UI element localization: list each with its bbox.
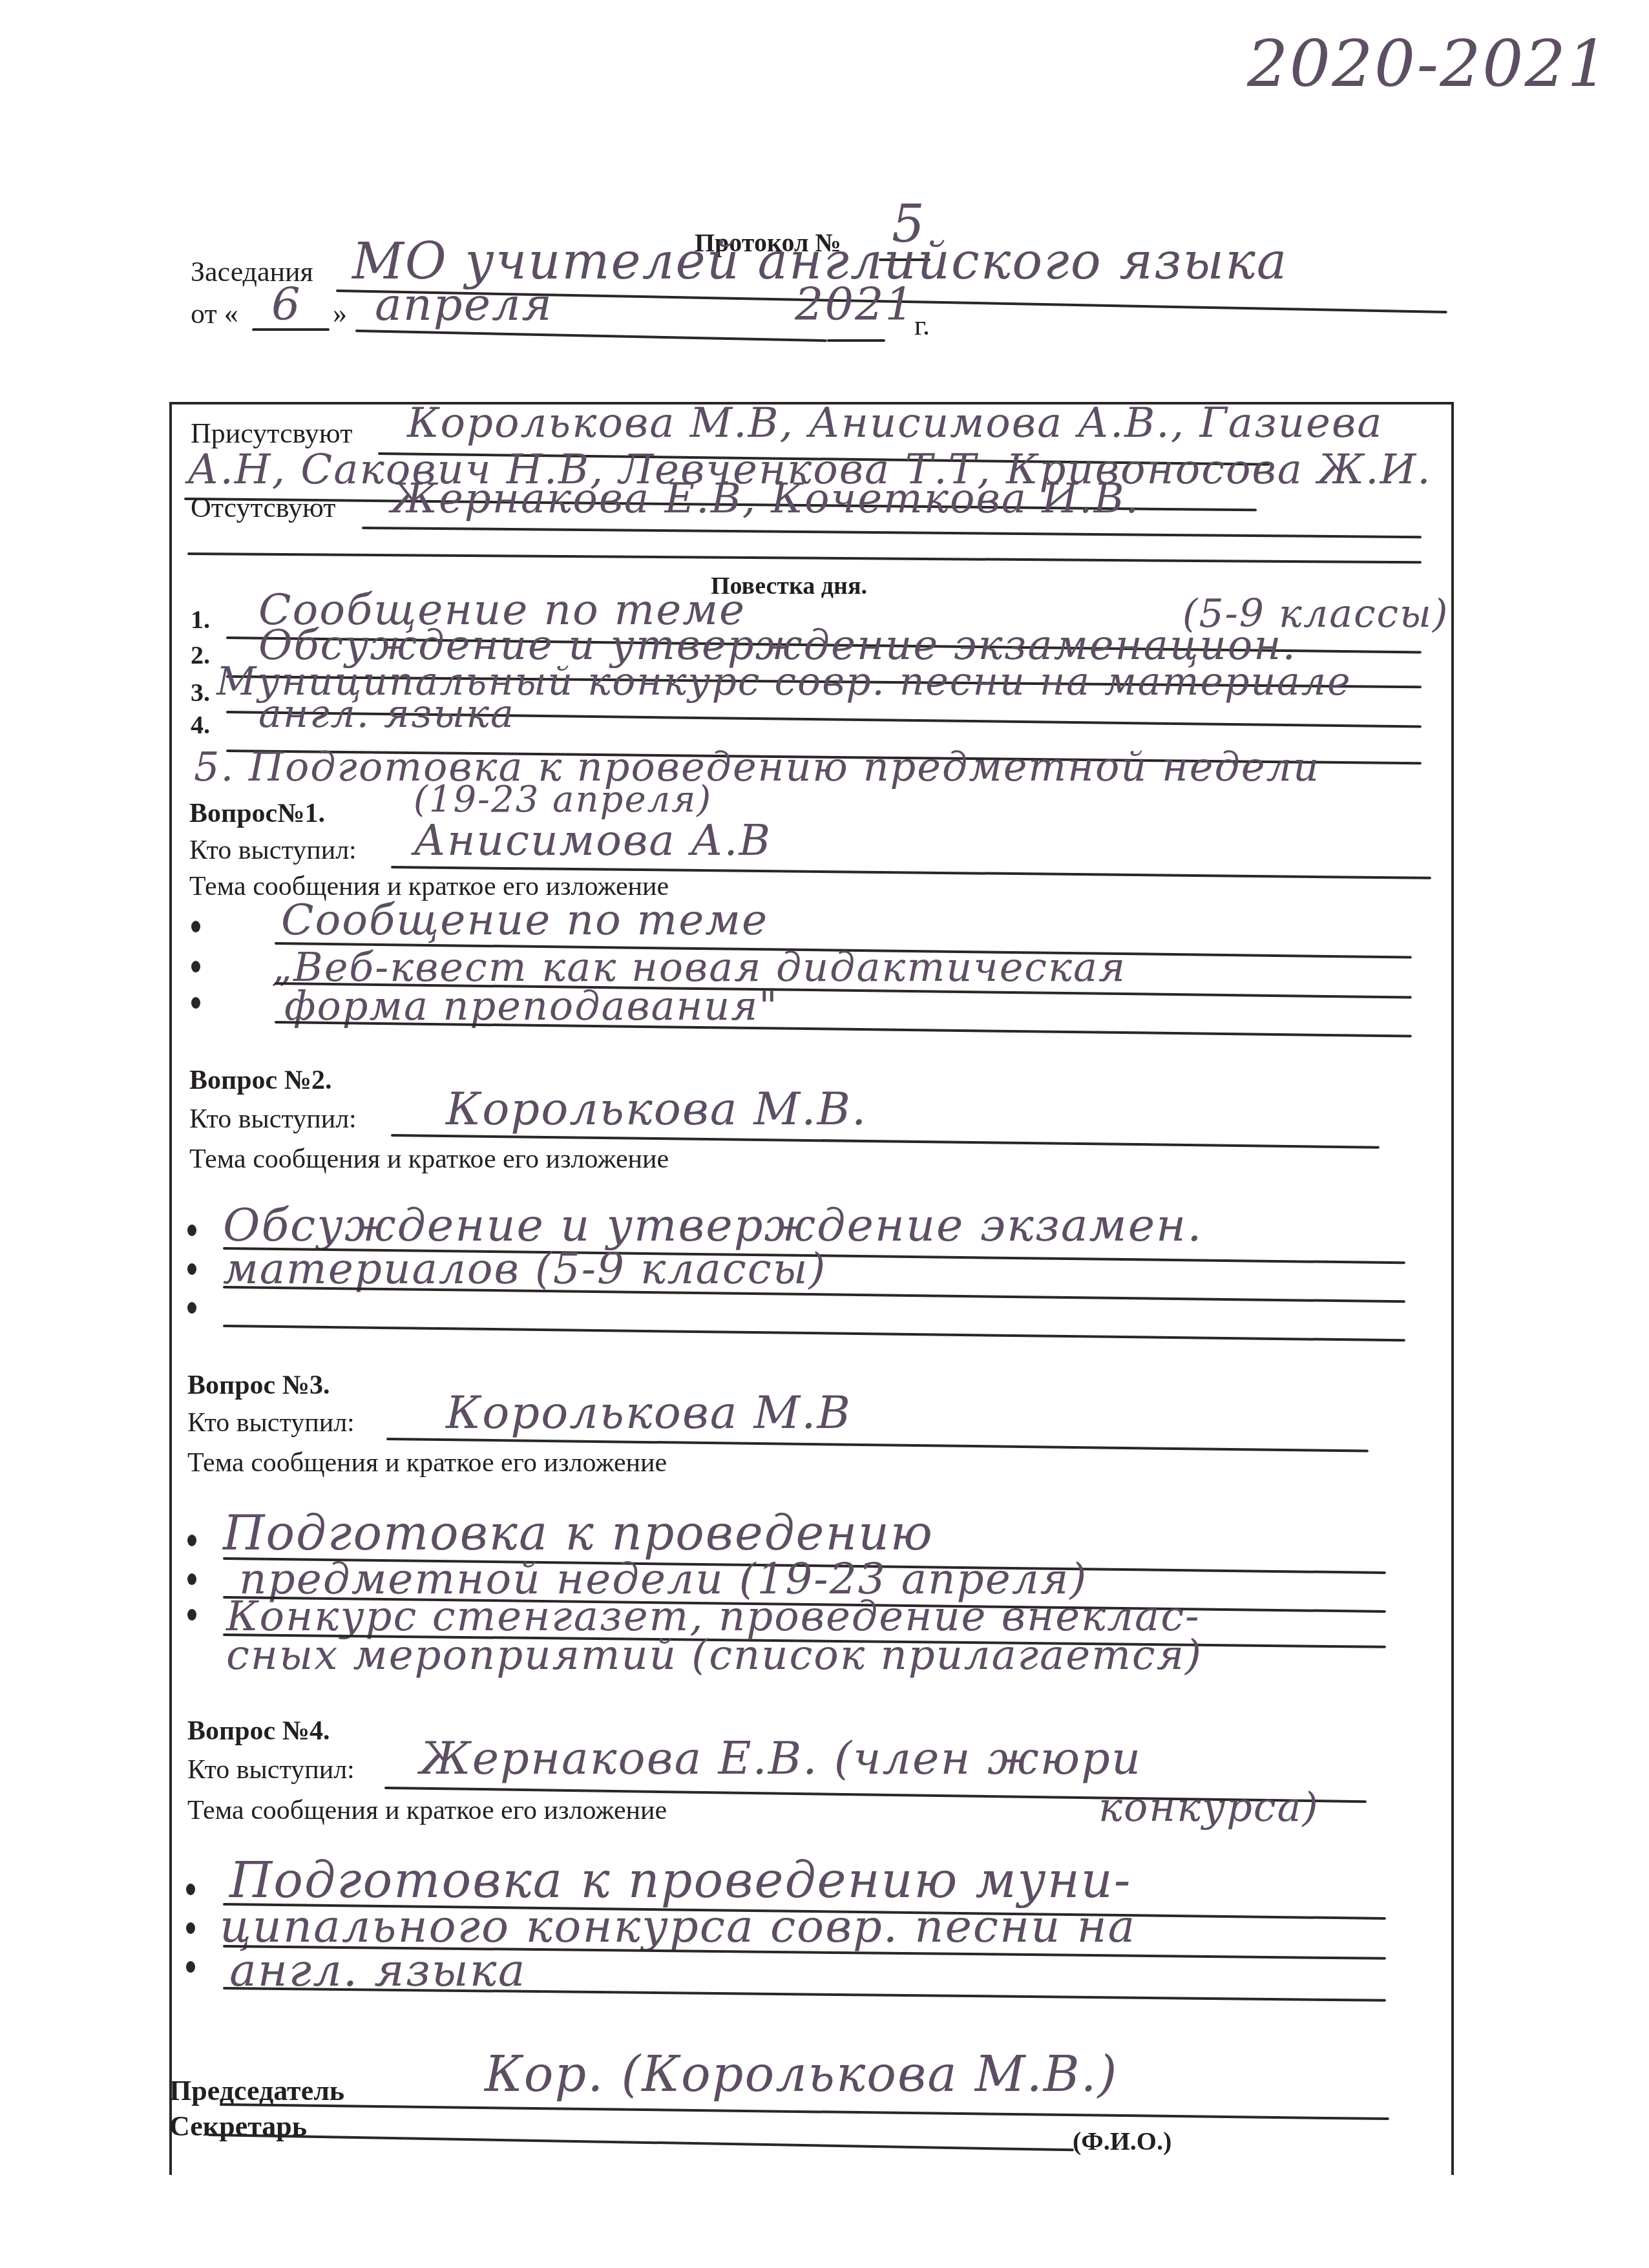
chair-label: Председатель [169, 2074, 344, 2107]
date-suffix: г. [914, 309, 930, 342]
agenda-num-4: 4. [191, 709, 210, 740]
question-2-topic-label: Тема сообщения и краткое его изложение [189, 1144, 669, 1175]
agenda-num-1: 1. [191, 604, 210, 635]
question-3-line-1: Подготовка к проведению [223, 1506, 934, 1561]
school-year-annotation: 2020-2021 [1247, 26, 1610, 101]
question-3-line-4: сных мероприятий (список прилагается) [226, 1632, 1203, 1679]
date-year: 2021 [795, 278, 915, 331]
agenda-num-5: 5. [194, 743, 235, 790]
question-4-title: Вопрос №4. [187, 1716, 330, 1747]
question-1-title: Вопрос№1. [189, 798, 325, 829]
question-3-speaker: Королькова М.В [446, 1386, 852, 1439]
question-2-speaker: Королькова М.В. [446, 1082, 867, 1135]
question-4-topic-label: Тема сообщения и краткое его изложение [187, 1795, 667, 1826]
present-label: Присутсвуют [191, 417, 352, 450]
agenda-item-5-text: Подготовка к проведению предметной недел… [249, 743, 1320, 790]
question-1-line-1: Сообщение по теме [281, 895, 768, 945]
date-prefix: от « [191, 297, 238, 330]
question-3-speaker-label: Кто выступил: [187, 1407, 355, 1438]
date-mid: » [333, 297, 347, 330]
agenda-num-3: 3. [191, 677, 210, 708]
secretary-label: Секретарь [169, 2110, 307, 2143]
question-4-speaker: Жернакова Е.В. (член жюри [420, 1732, 1142, 1785]
question-2-speaker-label: Кто выступил: [189, 1104, 357, 1135]
chair-signature: Кор. (Королькова М.В.) [485, 2045, 1118, 2103]
question-3-title: Вопрос №3. [187, 1370, 330, 1401]
question-2-title: Вопрос №2. [189, 1065, 331, 1096]
absent-value: Жернакова Е.В, Кочеткова И.В. [391, 475, 1140, 523]
question-4-speaker-label: Кто выступил: [187, 1754, 355, 1785]
agenda-item-4: англ. языка [258, 691, 515, 737]
question-1-speaker-label: Кто выступил: [189, 835, 357, 866]
present-line-1: Королькова М.В, Анисимова А.В., Газиева [407, 399, 1383, 447]
question-1-speaker: Анисимова А.В [414, 815, 772, 865]
date-month: апреля [375, 278, 553, 331]
question-2-line-2: материалов (5-9 классы) [223, 1244, 826, 1294]
agenda-item-5-note: (19-23 апреля) [414, 779, 712, 821]
question-4-speaker-cont: конкурса) [1098, 1783, 1319, 1831]
question-3-topic-label: Тема сообщения и краткое его изложение [187, 1447, 667, 1478]
fio-label: (Ф.И.О.) [1073, 2126, 1171, 2156]
absent-label: Отсутсвуют [191, 491, 336, 524]
agenda-num-2: 2. [191, 640, 210, 670]
date-day: 6 [271, 278, 302, 331]
agenda-item-5: 5. Подготовка к проведению предметной не… [194, 743, 1320, 790]
